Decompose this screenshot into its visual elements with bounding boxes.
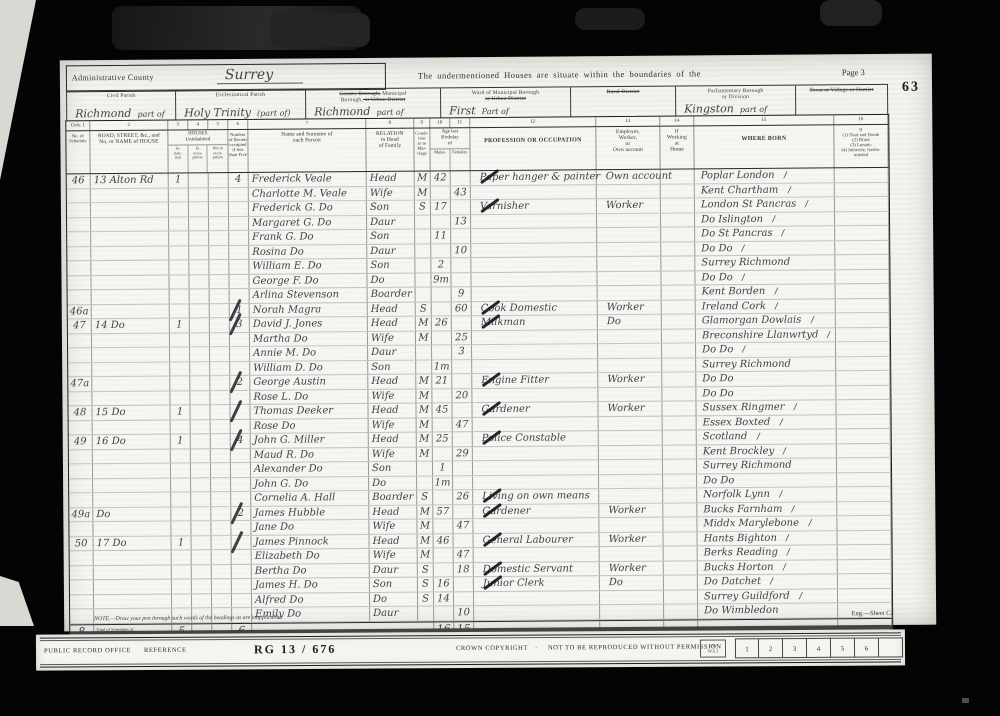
cell-rel: Do: [370, 592, 418, 606]
cell-b: Poplar London∕: [695, 168, 835, 183]
cell-u1: [192, 594, 212, 608]
situate-line: The undermentioned Houses are situate wi…: [418, 68, 701, 80]
cell-a: 16 Do: [93, 435, 171, 449]
check-tick: ∕: [783, 170, 788, 183]
cell-u2: [210, 289, 230, 303]
cell-r: [229, 274, 249, 288]
cell-inf: [836, 356, 890, 370]
cell-a: [91, 217, 169, 231]
district-label: Rural District: [571, 89, 675, 96]
cell-e: [600, 605, 664, 619]
pro-reference-label: REFERENCE: [144, 647, 187, 654]
cell-c: M: [416, 389, 432, 403]
cell-u1: [191, 507, 211, 521]
cell-a: [94, 551, 172, 565]
cell-u2: [209, 173, 229, 187]
cell-b: Norfolk Lynn∕: [697, 487, 837, 502]
cell-h: [662, 300, 696, 314]
cell-u1: [190, 376, 210, 390]
cell-inf: [838, 574, 892, 588]
cell-a: [93, 449, 171, 463]
cell-r: [232, 564, 252, 578]
cell-b: Surrey Richmond: [697, 458, 837, 473]
cell-u2: [209, 202, 229, 216]
cell-b: Essex Boxted∕: [697, 415, 837, 430]
col-header-houses-group: HOUSES UninhabitedIn- hab- itedIn occu- …: [168, 130, 228, 172]
cell-rel: Son: [368, 360, 416, 374]
cell-u2: [212, 594, 232, 608]
cell-u1: [191, 434, 211, 448]
cell-a: 15 Do: [92, 406, 170, 420]
cell-e: [598, 329, 662, 343]
cell-b: Kent Chartham∕: [695, 183, 835, 198]
cell-s: [67, 189, 91, 203]
check-tick: ∕: [741, 242, 746, 255]
cell-am: 26: [432, 316, 452, 330]
district-label-text: Ecclesiastical Parish: [216, 92, 265, 98]
cell-s: [67, 232, 91, 246]
cell-o: Junior Clerk: [474, 576, 600, 590]
cell-r: 3: [230, 318, 250, 332]
cell-h: [663, 430, 697, 444]
cell-i: 1: [169, 173, 189, 187]
cell-a: [91, 246, 169, 260]
check-tick: ∕: [741, 271, 746, 284]
cell-am: 14: [434, 592, 454, 606]
col-header-age-females: Females: [450, 149, 470, 170]
cell-h: [663, 488, 697, 502]
cell-a: [91, 203, 169, 217]
age-group-label: Age last Birthday of: [430, 128, 469, 149]
cell-rel: Wife: [370, 549, 418, 563]
cell-r: [231, 477, 251, 491]
cell-s: [70, 609, 94, 623]
cell-rel: Head: [370, 534, 418, 548]
cell-c: M: [417, 505, 433, 519]
scan-artifact: [575, 8, 645, 30]
cell-e: Worker: [598, 373, 662, 387]
cell-e: [599, 460, 663, 474]
cell-r: 4: [229, 173, 249, 187]
cell-b: Scotland∕: [697, 429, 837, 444]
cell-r: 4: [231, 434, 251, 448]
cell-h: [664, 575, 698, 589]
cell-c: M: [418, 534, 434, 548]
cell-s: [69, 450, 93, 464]
cell-b: Do Do: [696, 386, 836, 401]
cell-rel: Son: [367, 201, 415, 215]
cell-c: M: [416, 404, 432, 418]
cell-h: [661, 242, 695, 256]
col-header-inhabited: In- hab- ited: [168, 145, 188, 172]
cell-e: [598, 286, 662, 300]
cell-inf: [836, 284, 890, 298]
cell-o: [473, 475, 599, 489]
cell-rel: Daur: [370, 607, 418, 621]
cell-inf: [836, 298, 890, 312]
cell-u2: [209, 275, 229, 289]
cell-e: [599, 518, 663, 532]
district-label: Ecclesiastical Parish: [176, 92, 305, 99]
column-number: 11: [450, 118, 470, 127]
cell-s: 49a: [69, 508, 93, 522]
cell-i: [169, 202, 189, 216]
cell-inf: [838, 559, 892, 573]
cell-h: [661, 169, 695, 183]
cell-rel: Boarder: [368, 288, 416, 302]
cell-inf: [837, 501, 891, 515]
cell-h: [663, 416, 697, 430]
strip-cell: 2: [759, 638, 783, 658]
cell-h: [661, 256, 695, 270]
check-tick: ∕: [807, 517, 812, 530]
col-header-relation: RELATION to Head of Family: [366, 129, 414, 171]
strip-cell: 5: [831, 638, 855, 658]
cell-inf: [835, 168, 889, 182]
cell-am: [432, 287, 452, 301]
cell-o: [471, 214, 597, 228]
cell-o: [471, 228, 597, 242]
cell-inf: [837, 530, 891, 544]
cell-am: [434, 548, 454, 562]
cell-i: [171, 449, 191, 463]
cell-am: [434, 563, 454, 577]
check-tick: ∕: [774, 300, 779, 313]
cell-n: Maud R. Do: [251, 448, 369, 462]
scan-corner-artifact: [0, 576, 34, 626]
cell-o: [472, 344, 598, 358]
tally-strike-mark: [482, 372, 501, 387]
col-header-uninhabited-empty: Not in occu- pation: [208, 145, 228, 172]
check-tick: ∕: [778, 489, 783, 502]
cell-af: [452, 403, 472, 417]
cell-i: 1: [172, 536, 192, 550]
district-value-suffix: part of: [137, 110, 164, 119]
cell-u2: [211, 507, 231, 521]
cell-b: London St Pancras∕: [695, 197, 835, 212]
cell-r: 2: [231, 506, 251, 520]
cell-i: [170, 333, 190, 347]
cell-rel: Do: [369, 476, 417, 490]
cell-af: 20: [452, 389, 472, 403]
cell-s: [69, 421, 93, 435]
cell-inf: [836, 327, 890, 341]
cell-e: Worker: [597, 199, 661, 213]
cell-u2: [210, 318, 230, 332]
cell-s: [68, 290, 92, 304]
crown-copyright-label: CROWN COPYRIGHT: [456, 645, 528, 652]
cell-a: [92, 391, 170, 405]
cell-u2: [209, 231, 229, 245]
cell-inf: [835, 240, 889, 254]
cell-r: [231, 463, 251, 477]
cell-o: General Labourer: [474, 533, 600, 547]
cell-rel: Head: [367, 172, 415, 186]
cell-rel: Son: [367, 259, 415, 273]
cell-rel: Do: [367, 273, 415, 287]
cell-am: [433, 418, 453, 432]
cell-u1: [191, 420, 211, 434]
cell-a: 14 Do: [92, 319, 170, 333]
cell-b: Do Do∕: [695, 241, 835, 256]
cell-n: Bertha Do: [252, 564, 370, 578]
cell-r: [229, 245, 249, 259]
cell-c: [417, 476, 433, 490]
cell-rel: Head: [368, 302, 416, 316]
cell-n: William E. Do: [249, 259, 367, 273]
cell-h: [664, 561, 698, 575]
scanned-census-page: 63 Administrative County Surrey The unde…: [0, 0, 1000, 716]
col-header-schedule: No. of Schedule: [66, 131, 90, 173]
cell-n: Thomas Deeker: [250, 404, 368, 418]
cell-a: [92, 304, 170, 318]
cell-u1: [191, 463, 211, 477]
cell-u1: [189, 231, 209, 245]
cell-inf: [835, 255, 889, 269]
cell-o: Gardener: [472, 402, 598, 416]
cell-n: Arlina Stevenson: [250, 288, 368, 302]
column-number: 4: [188, 120, 208, 129]
cell-inf: [835, 226, 889, 240]
cell-i: [172, 579, 192, 593]
cell-o: Domestic Servant: [474, 562, 600, 576]
cell-u1: [190, 304, 210, 318]
cell-af: 25: [452, 331, 472, 345]
cell-n: James H. Do: [252, 578, 370, 592]
cell-o: [474, 605, 600, 619]
cell-a: [94, 580, 172, 594]
cell-b: Berks Reading∕: [698, 545, 838, 560]
cell-c: S: [418, 592, 434, 606]
cell-o: [472, 286, 598, 300]
strip-cell: 3: [783, 638, 807, 658]
cell-e: Worker: [598, 300, 662, 314]
cell-am: 9m: [431, 273, 451, 287]
cell-o: [471, 257, 597, 271]
cell-r: [229, 187, 249, 201]
strip-cell: 4: [807, 638, 831, 658]
cell-e: Worker: [599, 503, 663, 517]
strip-cell: 6: [855, 638, 879, 658]
cell-u2: [209, 188, 229, 202]
cell-u1: [190, 362, 210, 376]
reference-value: RG 13 / 676: [254, 642, 336, 658]
cell-n: Frederick G. Do: [249, 201, 367, 215]
cell-i: [171, 420, 191, 434]
district-box-3: County Borough, MunicipalBorough, or Urb…: [306, 88, 441, 119]
cell-s: 47a: [68, 377, 92, 391]
district-label-text: or Division: [722, 94, 749, 100]
pro-office-label: PUBLIC RECORD OFFICE: [44, 647, 131, 655]
cell-af: 26: [453, 490, 473, 504]
cell-n: Frederick Veale: [249, 172, 367, 186]
check-tick: ∕: [798, 590, 803, 603]
cell-am: [434, 606, 454, 620]
cell-n: Rosina Do: [249, 245, 367, 259]
cell-af: [454, 577, 474, 591]
cell-s: [70, 580, 94, 594]
cell-h: [662, 285, 696, 299]
cell-af: 3: [452, 345, 472, 359]
cell-r: [232, 579, 252, 593]
cell-i: [169, 231, 189, 245]
cell-o: [473, 417, 599, 431]
cell-c: S: [417, 491, 433, 505]
cell-u2: [210, 347, 230, 361]
cell-rel: Wife: [367, 186, 415, 200]
cell-s: [69, 493, 93, 507]
district-value-suffix: part of: [740, 105, 767, 114]
cell-h: [662, 343, 696, 357]
cell-u2: [210, 405, 230, 419]
scan-artifact: [270, 13, 370, 47]
cell-b: Surrey Richmond: [696, 357, 836, 372]
cell-e: Worker: [600, 561, 664, 575]
cell-r: 2: [230, 376, 250, 390]
district-label: County Borough, MunicipalBorough, or Urb…: [306, 90, 440, 103]
tally-strike-mark: [481, 314, 500, 329]
cell-e: [599, 474, 663, 488]
cell-u1: [190, 347, 210, 361]
column-number: 9: [414, 119, 430, 128]
cell-u1: [190, 289, 210, 303]
cell-h: [661, 213, 695, 227]
cell-b: Middx Marylebone∕: [697, 516, 837, 531]
cell-c: M: [418, 549, 434, 563]
film-stamp: CW W.6.1: [700, 639, 726, 657]
cell-am: [432, 331, 452, 345]
column-number: 15: [694, 115, 834, 125]
cell-o: [473, 518, 599, 532]
cell-h: [661, 184, 695, 198]
col-header-occupation: PROFESSION OR OCCUPATION: [470, 127, 596, 170]
cell-inf: [835, 197, 889, 211]
cell-af: [451, 200, 471, 214]
cell-o: Gardener: [473, 504, 599, 518]
cell-o: [471, 243, 597, 257]
cell-s: [67, 203, 91, 217]
check-tick: ∕: [782, 561, 787, 574]
cell-n: Annie M. Do: [250, 346, 368, 360]
cell-u2: [211, 420, 231, 434]
cell-inf: [837, 429, 891, 443]
cell-af: [451, 258, 471, 272]
cell-c: M: [417, 520, 433, 534]
strip-cell: 1: [735, 638, 759, 658]
cell-r: [231, 448, 251, 462]
cell-b: Do Datchet∕: [698, 574, 838, 589]
check-tick: ∕: [782, 445, 787, 458]
cell-af: 47: [454, 548, 474, 562]
cell-rel: Wife: [369, 447, 417, 461]
cell-s: [70, 566, 94, 580]
check-tick: ∕: [778, 416, 783, 429]
cell-e: [598, 387, 662, 401]
cell-h: [663, 532, 697, 546]
cell-n: Rose L. Do: [250, 390, 368, 404]
cell-af: [451, 229, 471, 243]
cell-u2: [212, 550, 232, 564]
cell-s: 48: [68, 406, 92, 420]
district-label-text: Civil Parish: [107, 93, 136, 99]
cell-h: [664, 590, 698, 604]
cell-h: [662, 358, 696, 372]
column-header-band: No. of ScheduleROAD, STREET, &c., and No…: [66, 125, 888, 174]
cell-u2: [210, 376, 230, 390]
check-tick: ∕: [827, 329, 832, 342]
pro-reference-bar: PUBLIC RECORD OFFICE REFERENCE RG 13 / 6…: [36, 629, 905, 670]
cell-s: [68, 334, 92, 348]
cell-o: Police Constable: [473, 431, 599, 445]
district-value: FirstPart of: [449, 104, 509, 117]
cell-u1: [189, 275, 209, 289]
cell-c: [418, 607, 434, 621]
cell-e: [598, 344, 662, 358]
cell-c: [415, 215, 431, 229]
cell-am: 11: [431, 229, 451, 243]
cell-a: [93, 464, 171, 478]
cell-a: [92, 362, 170, 376]
cell-n: Jane Do: [251, 520, 369, 534]
cell-c: M: [416, 375, 432, 389]
cell-c: S: [416, 302, 432, 316]
cell-af: 10: [454, 606, 474, 620]
check-tick: ∕: [786, 184, 791, 197]
cell-af: 18: [454, 563, 474, 577]
cell-am: [433, 447, 453, 461]
cell-am: 25: [433, 432, 453, 446]
cell-u1: [192, 565, 212, 579]
cell-s: 46: [67, 174, 91, 188]
cell-e: [597, 271, 661, 285]
cell-u2: [211, 434, 231, 448]
cell-a: [92, 290, 170, 304]
cell-o: Engine Fitter: [472, 373, 598, 387]
cell-c: M: [417, 447, 433, 461]
scan-corner-artifact: [0, 0, 36, 180]
cell-i: [169, 217, 189, 231]
cell-n: George Austin: [250, 375, 368, 389]
cell-h: [663, 474, 697, 488]
cell-e: Do: [600, 576, 664, 590]
cell-a: [92, 348, 170, 362]
col-header-age-males: Males: [430, 149, 450, 170]
cell-b: Do Do∕: [695, 270, 835, 285]
district-label: Civil Parish: [67, 93, 175, 100]
cell-u1: [190, 333, 210, 347]
cell-u2: [209, 260, 229, 274]
cell-h: [662, 401, 696, 415]
cell-e: [597, 228, 661, 242]
cell-u2: [211, 521, 231, 535]
cell-am: [432, 302, 452, 316]
cell-b: Do St Pancras∕: [695, 226, 835, 241]
cell-am: [431, 186, 451, 200]
cell-i: [169, 275, 189, 289]
cell-am: [432, 389, 452, 403]
cell-h: [664, 604, 698, 618]
scan-artifact: [820, 0, 882, 26]
district-label-text: Borough,: [341, 97, 363, 103]
cell-s: [67, 276, 91, 290]
cell-inf: [836, 400, 890, 414]
district-value-suffix: Part of: [482, 107, 509, 116]
cell-e: Worker: [599, 532, 663, 546]
cell-rel: Head: [368, 404, 416, 418]
cell-c: [417, 462, 433, 476]
cell-am: 46: [434, 534, 454, 548]
cell-h: [663, 503, 697, 517]
